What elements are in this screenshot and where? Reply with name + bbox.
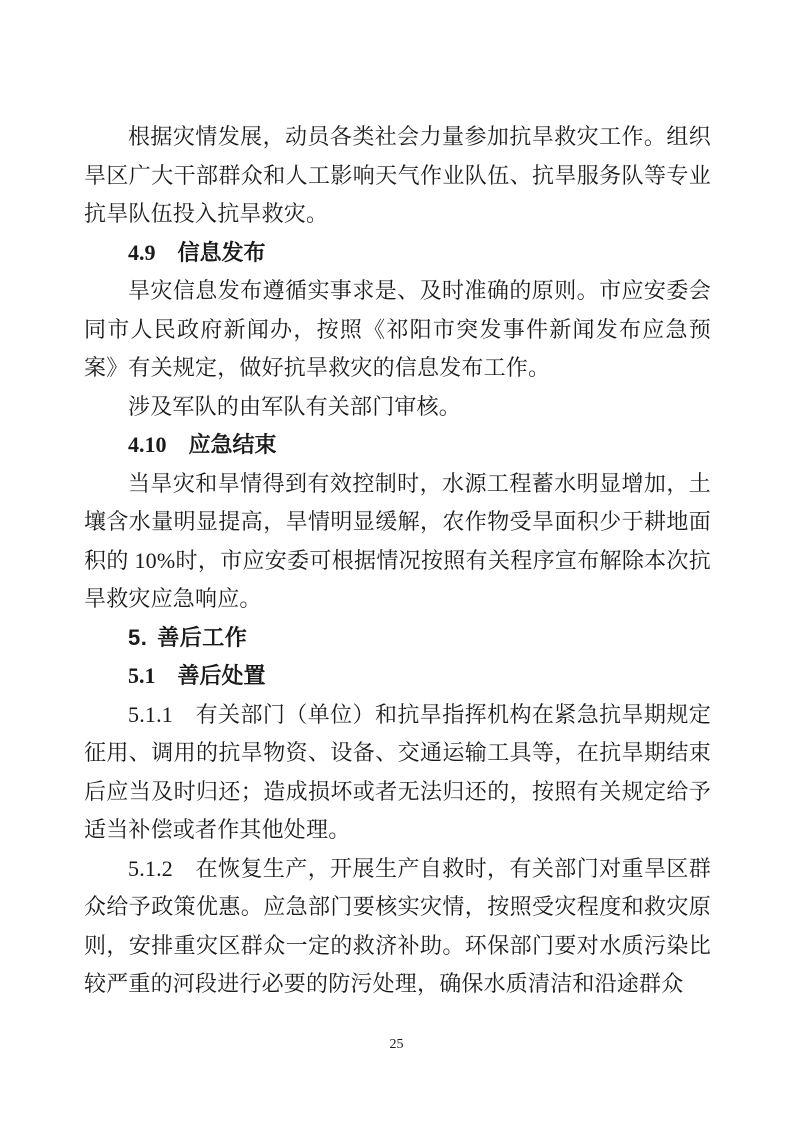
paragraph-emergency-end: 当旱灾和旱情得到有效控制时，水源工程蓄水明显增加，土壤含水量明显提高，旱情明显缓… xyxy=(84,465,711,619)
section-heading-4-10: 4.10应急结束 xyxy=(84,426,711,465)
chapter-title: 善后工作 xyxy=(157,625,247,650)
paragraph-military-review: 涉及军队的由军队有关部门审核。 xyxy=(84,388,711,427)
section-heading-4-9: 4.9信息发布 xyxy=(84,234,711,273)
paragraph-mobilize-forces: 根据灾情发展，动员各类社会力量参加抗旱救灾工作。组织旱区广大干部群众和人工影响天… xyxy=(84,118,711,234)
chapter-number: 5. xyxy=(128,625,147,650)
section-title: 信息发布 xyxy=(178,240,266,265)
section-number: 5.1 xyxy=(128,663,156,688)
paragraph-5-1-2-recovery-relief: 5.1.2 在恢复生产，开展生产自救时，有关部门对重旱区群众给予政策优惠。应急部… xyxy=(84,850,711,1004)
document-body: 根据灾情发展，动员各类社会力量参加抗旱救灾工作。组织旱区广大干部群众和人工影响天… xyxy=(84,118,711,1004)
section-number: 4.10 xyxy=(128,432,167,457)
document-page: 根据灾情发展，动员各类社会力量参加抗旱救灾工作。组织旱区广大干部群众和人工影响天… xyxy=(0,0,793,1122)
section-title: 善后处置 xyxy=(178,663,266,688)
paragraph-5-1-1-requisition-return: 5.1.1 有关部门（单位）和抗旱指挥机构在紧急抗旱期规定征用、调用的抗旱物资、… xyxy=(84,696,711,850)
section-title: 应急结束 xyxy=(189,432,277,457)
section-heading-5-1: 5.1善后处置 xyxy=(84,657,711,696)
page-number: 25 xyxy=(0,1036,793,1054)
chapter-heading-5: 5.善后工作 xyxy=(84,619,711,658)
paragraph-information-release: 旱灾信息发布遵循实事求是、及时准确的原则。市应安委会同市人民政府新闻办，按照《祁… xyxy=(84,272,711,388)
section-number: 4.9 xyxy=(128,240,156,265)
